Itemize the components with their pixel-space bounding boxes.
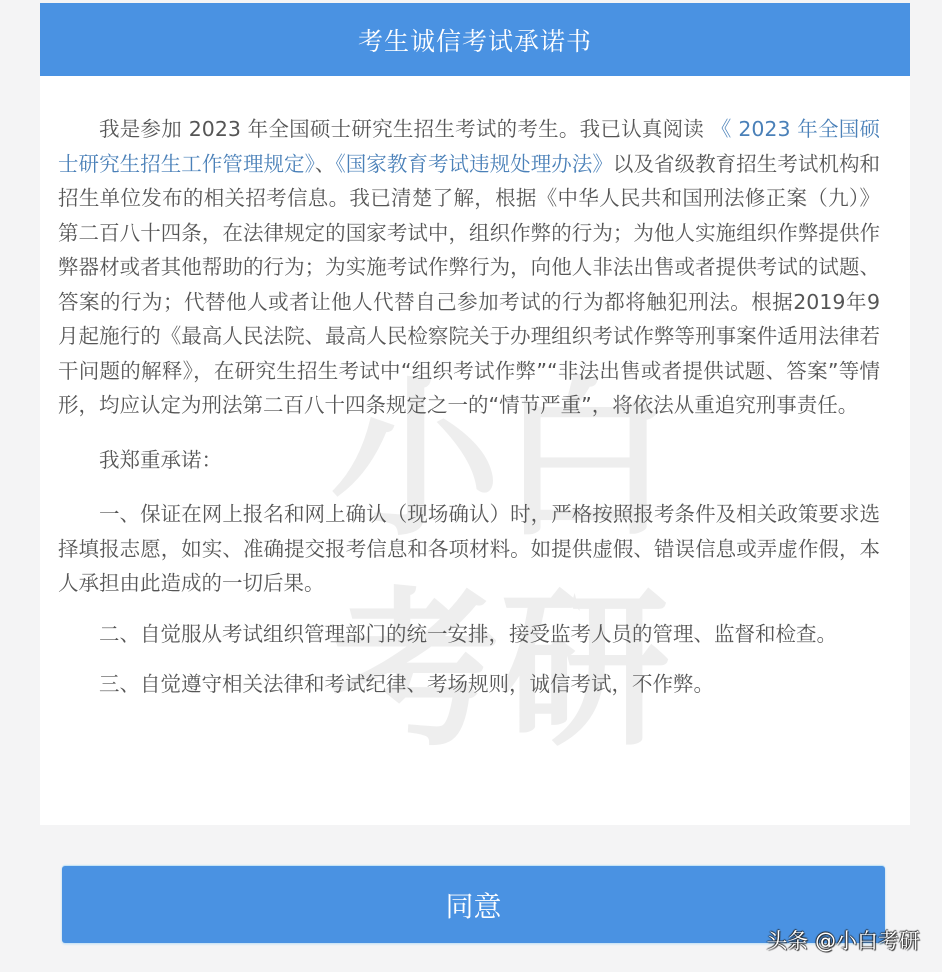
intro-separator: 、 <box>315 152 336 176</box>
pledge-content: 我是参加 2023 年全国硕士研究生招生考试的考生。我已认真阅读 《 2023 … <box>58 112 880 702</box>
source-watermark: 头条 @小白考研 <box>766 925 920 955</box>
link-violation-measures[interactable]: 《国家教育考试违规处理办法》 <box>335 152 612 176</box>
intro-paragraph: 我是参加 2023 年全国硕士研究生招生考试的考生。我已认真阅读 《 2023 … <box>58 112 880 423</box>
pledge-item-2: 二、自觉服从考试组织管理部门的统一安排，接受监考人员的管理、监督和检查。 <box>58 617 880 652</box>
intro-text-1: 我是参加 2023 年全国硕士研究生招生考试的考生。我已认真阅读 <box>99 117 704 141</box>
pledge-item-3: 三、自觉遵守相关法律和考试纪律、考场规则，诚信考试，不作弊。 <box>58 667 880 702</box>
page-header: 考生诚信考试承诺书 <box>40 3 910 76</box>
pledge-panel: 小白 考研 我是参加 2023 年全国硕士研究生招生考试的考生。我已认真阅读 《… <box>40 76 910 825</box>
agree-button[interactable]: 同意 <box>62 866 885 943</box>
page-title: 考生诚信考试承诺书 <box>358 22 592 58</box>
intro-text-2: 以及省级教育招生考试机构和招生单位发布的相关招考信息。我已清楚了解，根据《中华人… <box>58 152 880 418</box>
pledge-heading: 我郑重承诺： <box>58 443 880 478</box>
pledge-item-1: 一、保证在网上报名和网上确认（现场确认）时，严格按照报考条件及相关政策要求选择填… <box>58 497 880 601</box>
